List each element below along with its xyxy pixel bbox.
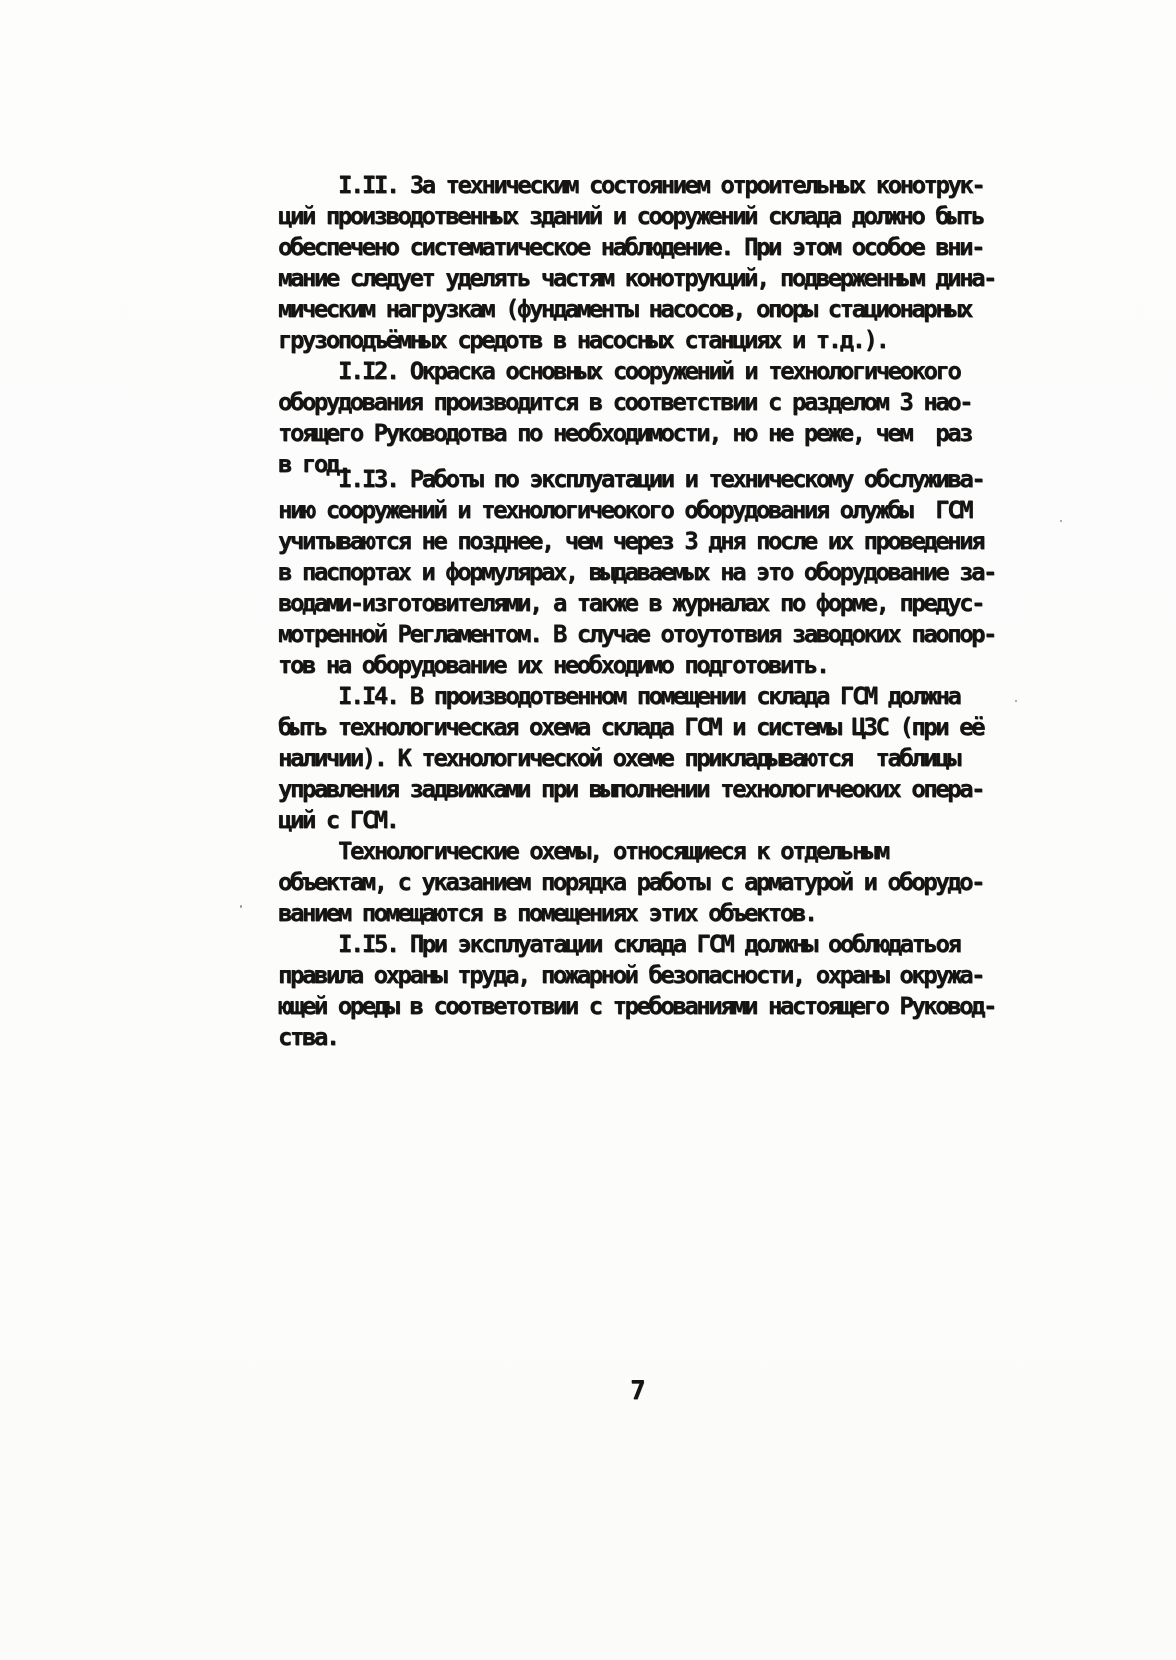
text-line: мание следует уделять частям конотрукций… (278, 263, 1018, 294)
text-line: ющей ореды в соответотвии с требованиями… (278, 991, 1018, 1022)
text-block: I.II. За техническим состоянием отроител… (278, 170, 1018, 1053)
text-line: учитываются не позднее, чем через 3 дня … (278, 526, 1018, 557)
text-line: тов на оборудование их необходимо подгот… (278, 650, 1018, 681)
scan-speck (1015, 700, 1017, 702)
text-line: ванием помещаются в помещениях этих объе… (278, 898, 1018, 929)
page-number: 7 (630, 1376, 645, 1406)
text-line: I.I2. Окраска основных сооружений и техн… (278, 356, 1018, 387)
scan-speck (240, 905, 242, 908)
text-line: тоящего Руководотва по необходимости, но… (278, 418, 1018, 449)
paragraph-2: I.I2. Окраска основных сооружений и техн… (278, 356, 1018, 480)
paragraph-4: I.I4. В производотвенном помещении склад… (278, 681, 1018, 836)
text-line: ций с ГСМ. (278, 805, 1018, 836)
text-line: правила охраны труда, пожарной безопасно… (278, 960, 1018, 991)
text-line: I.II. За техническим состоянием отроител… (278, 170, 1018, 201)
scan-speck (1060, 520, 1062, 522)
text-line: в паспортах и формулярах, выдаваемых на … (278, 557, 1018, 588)
text-line: мическим нагрузкам (фундаменты насосов, … (278, 294, 1018, 325)
text-line: водами-изготовителями, а также в журнала… (278, 588, 1018, 619)
paragraph-3: I.I3. Работы по эксплуатации и техническ… (278, 464, 1018, 681)
text-line: обеспечено систематическое наблюдение. П… (278, 232, 1018, 263)
text-line: быть технологическая охема склада ГСМ и … (278, 712, 1018, 743)
text-line: мотренной Регламентом. В случае отоутотв… (278, 619, 1018, 650)
text-line: нию сооружений и технологичеокого оборуд… (278, 495, 1018, 526)
text-line: объектам, с указанием порядка работы с а… (278, 867, 1018, 898)
paragraph-1: I.II. За техническим состоянием отроител… (278, 170, 1018, 356)
text-line: I.I3. Работы по эксплуатации и техническ… (278, 464, 1018, 495)
text-line: Технологические охемы, относящиеся к отд… (278, 836, 1018, 867)
paragraph-6: I.I5. При эксплуатации склада ГСМ должны… (278, 929, 1018, 1053)
text-line: оборудования производится в соответствии… (278, 387, 1018, 418)
text-line: I.I4. В производотвенном помещении склад… (278, 681, 1018, 712)
text-line: грузоподъёмных средотв в насосных станци… (278, 325, 1018, 356)
text-line: управления задвижками при выполнении тех… (278, 774, 1018, 805)
text-line: I.I5. При эксплуатации склада ГСМ должны… (278, 929, 1018, 960)
text-line: ций производотвенных зданий и сооружений… (278, 201, 1018, 232)
text-line: ства. (278, 1022, 1018, 1053)
text-line: наличии). К технологической охеме прикла… (278, 743, 1018, 774)
paragraph-5: Технологические охемы, относящиеся к отд… (278, 836, 1018, 929)
scanned-page: I.II. За техническим состоянием отроител… (0, 0, 1176, 1660)
